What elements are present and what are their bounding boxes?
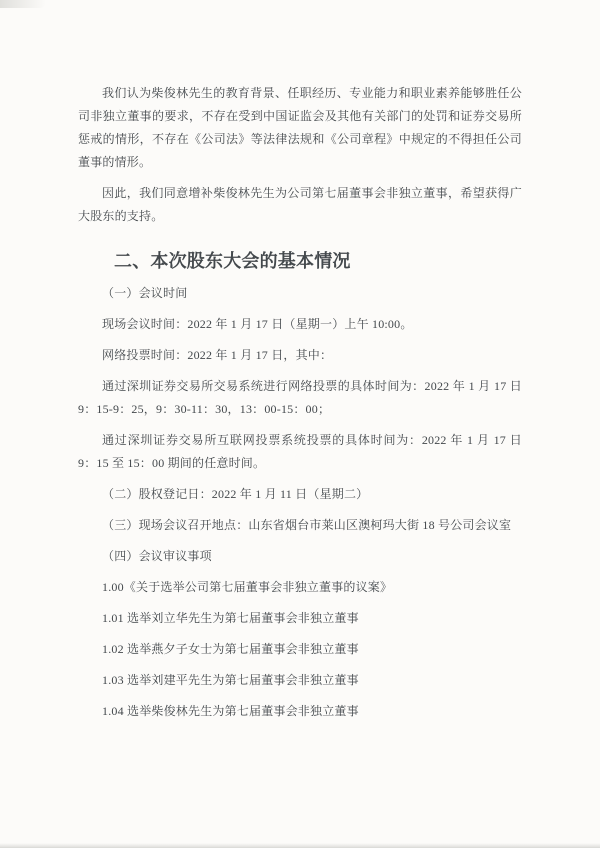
proposal-1-02: 1.02 选举燕夕子女士为第七届董事会非独立董事 <box>78 638 522 661</box>
paragraph-nomination-agreement: 因此，我们同意增补柴俊林先生为公司第七届董事会非独立董事，希望获得广大股东的支持… <box>78 182 522 228</box>
document-page: 我们认为柴俊林先生的教育背景、任职经历、专业能力和职业素养能够胜任公司非独立董事… <box>0 0 600 848</box>
scan-artifact-bottom-edge <box>0 843 600 848</box>
paragraph-qualification-opinion: 我们认为柴俊林先生的教育背景、任职经历、专业能力和职业素养能够胜任公司非独立董事… <box>78 82 522 174</box>
item-agenda-heading: （四）会议审议事项 <box>78 545 522 568</box>
section-heading-meeting-basic-info: 二、本次股东大会的基本情况 <box>78 250 522 273</box>
document-content: 我们认为柴俊林先生的教育背景、任职经历、专业能力和职业素养能够胜任公司非独立董事… <box>78 82 522 731</box>
line-onsite-meeting-time: 现场会议时间：2022 年 1 月 17 日（星期一）上午 10:00。 <box>78 313 522 336</box>
paragraph-trading-system-voting-time: 通过深圳证券交易所交易系统进行网络投票的具体时间为：2022 年 1 月 17 … <box>78 375 522 421</box>
item-meeting-venue: （三）现场会议召开地点：山东省烟台市莱山区澳柯玛大街 18 号公司会议室 <box>78 514 522 537</box>
line-online-voting-time: 网络投票时间：2022 年 1 月 17 日，其中： <box>78 344 522 367</box>
proposal-1-01: 1.01 选举刘立华先生为第七届董事会非独立董事 <box>78 607 522 630</box>
proposal-1-03: 1.03 选举刘建平先生为第七届董事会非独立董事 <box>78 669 522 692</box>
item-meeting-time-heading: （一）会议时间 <box>78 282 522 305</box>
proposal-1-00: 1.00《关于选举公司第七届董事会非独立董事的议案》 <box>78 576 522 599</box>
item-record-date: （二）股权登记日：2022 年 1 月 11 日（星期二） <box>78 483 522 506</box>
proposal-1-04: 1.04 选举柴俊林先生为第七届董事会非独立董事 <box>78 700 522 723</box>
paragraph-internet-voting-time: 通过深圳证券交易所互联网投票系统投票的具体时间为：2022 年 1 月 17 日… <box>78 429 522 475</box>
scan-artifact-top-left <box>0 0 46 8</box>
scanned-document-screenshot: { "page": { "background": "#fcfbf9", "te… <box>0 0 600 848</box>
